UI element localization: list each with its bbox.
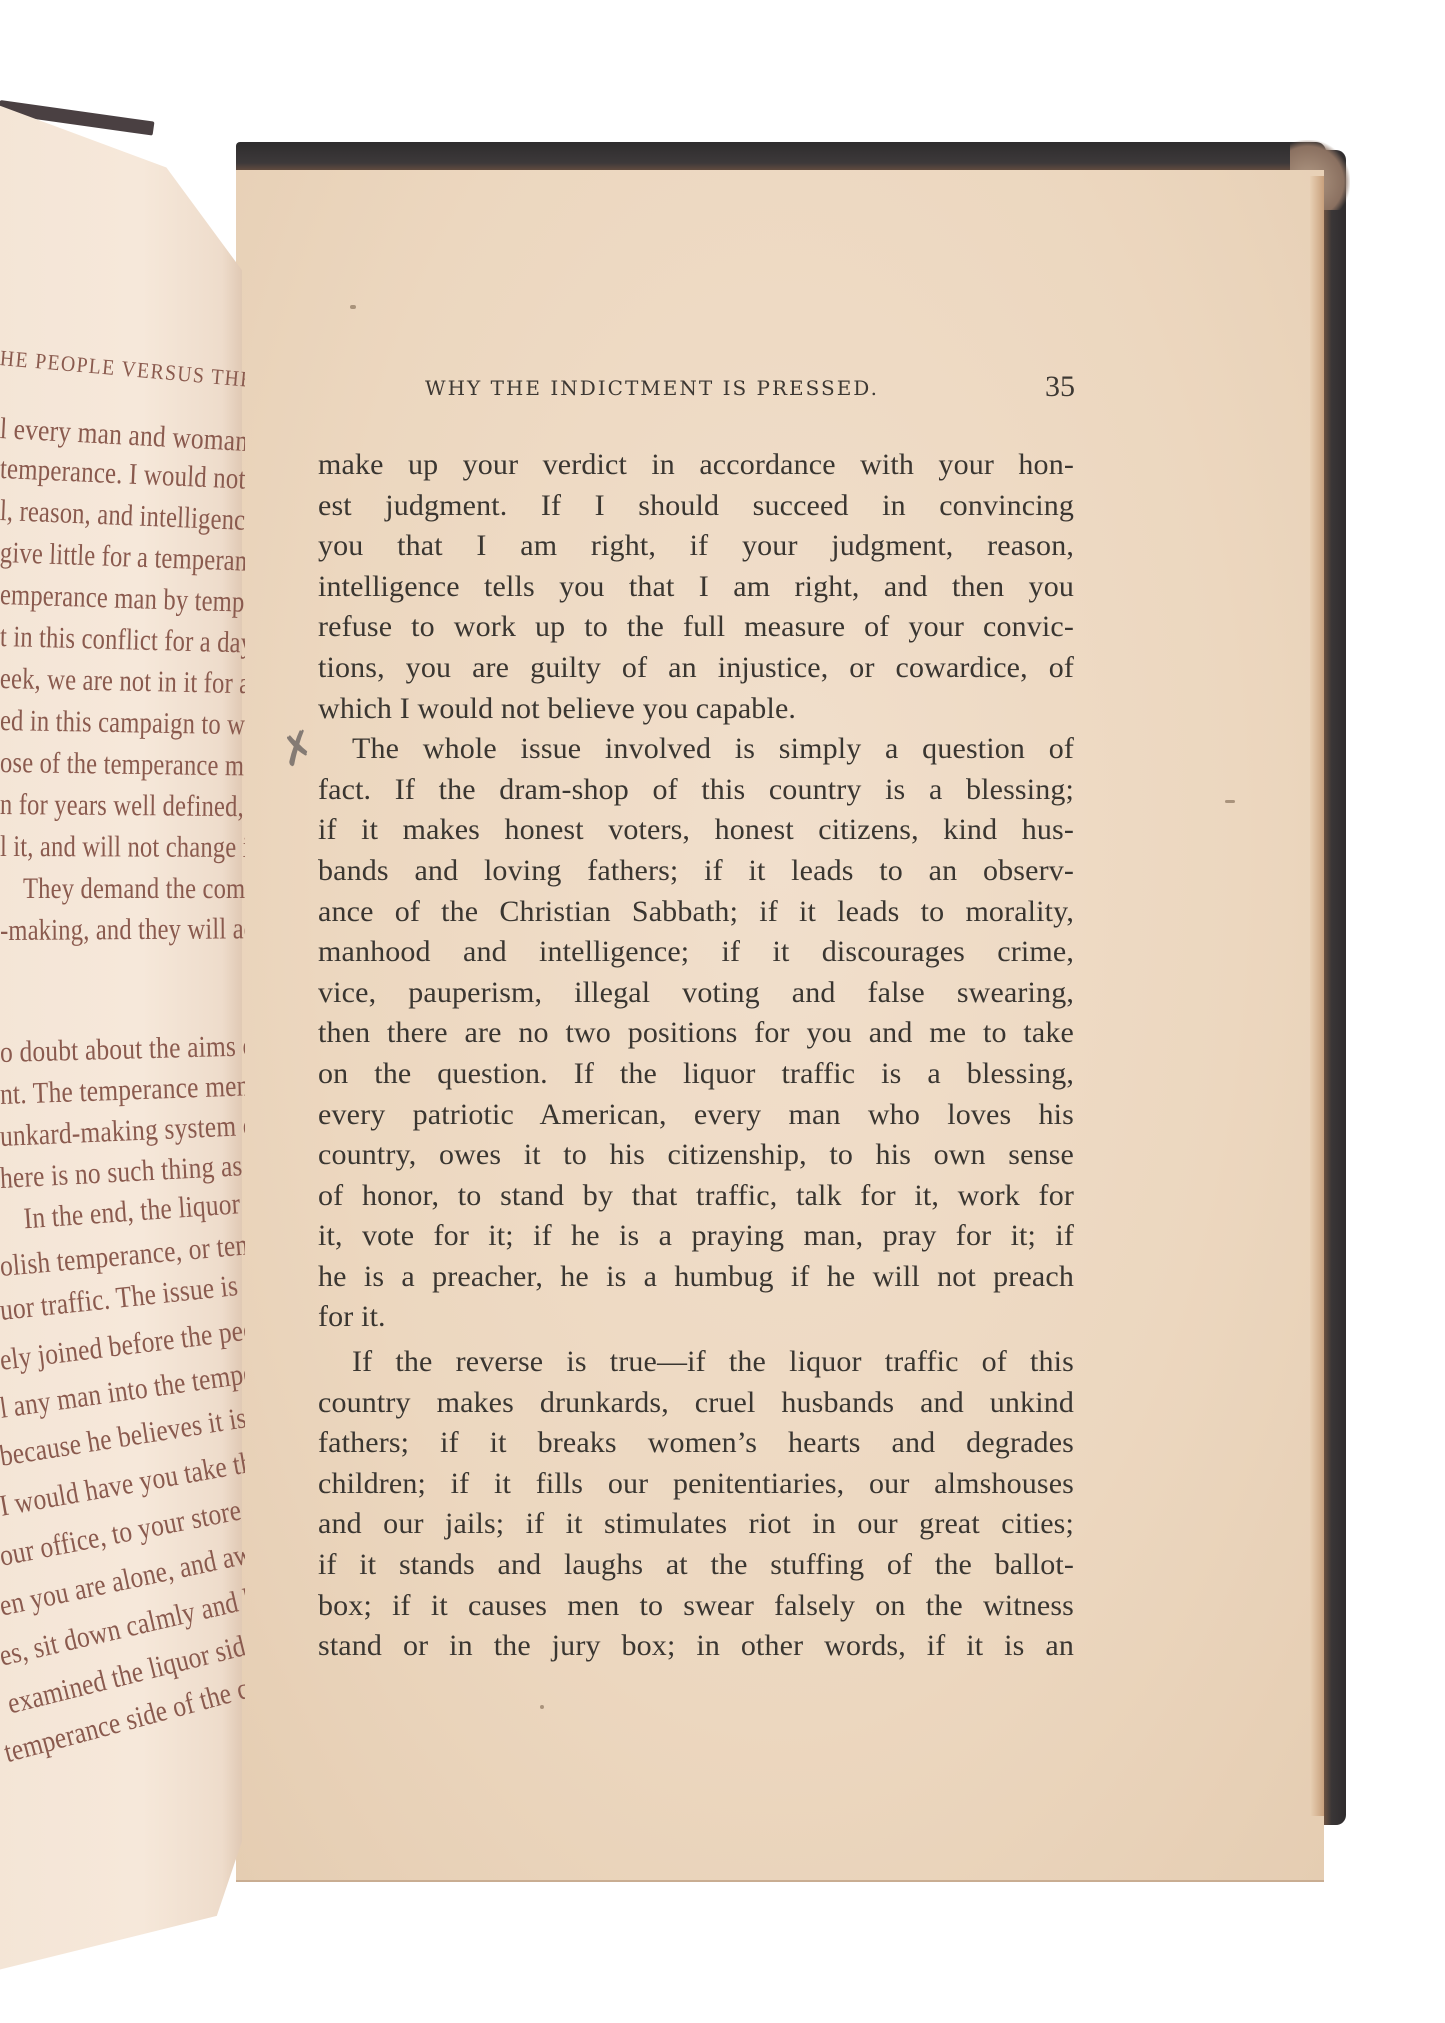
left-line: here is no such thing as compro	[0, 1145, 245, 1196]
text-line: of honor, to stand by that traffic, talk…	[318, 1176, 1074, 1217]
left-line: t in this conflict for a day, we are	[0, 620, 245, 663]
paragraph: If the reverse is true—if the liquor tra…	[318, 1342, 1074, 1667]
text-line: intelligence tells you that I am right, …	[318, 567, 1074, 608]
text-line: ance of the Christian Sabbath; if it lea…	[318, 892, 1074, 933]
text-line: refuse to work up to the full measure of…	[318, 607, 1074, 648]
text-line: if it stands and laughs at the stuffing …	[318, 1545, 1074, 1586]
left-running-head: HE PEOPLE VERSUS THE LIQUOR TRAFF	[0, 345, 245, 407]
text-line: fathers; if it breaks women’s hearts and…	[318, 1423, 1074, 1464]
left-line: unkard-making system of America	[0, 1104, 245, 1154]
page-number: 35	[1045, 370, 1075, 404]
running-head: WHY THE INDICTMENT IS PRESSED.	[352, 376, 952, 400]
paper-speck	[1225, 800, 1235, 803]
text-line: est judgment. If I should succeed in con…	[318, 486, 1074, 527]
left-line: temperance. I would not do it, unle	[0, 452, 245, 501]
left-line: n for years well defined, and the	[0, 788, 245, 825]
text-line: manhood and intelligence; if it discoura…	[318, 932, 1074, 973]
book-cover-right-edge	[1322, 150, 1346, 1825]
text-line: if it makes honest voters, honest citize…	[318, 810, 1074, 851]
left-line: nt. The temperance men intend	[0, 1067, 245, 1112]
text-line: it, vote for it; if he is a praying man,…	[318, 1216, 1074, 1257]
text-line: he is a preacher, he is a humbug if he w…	[318, 1257, 1074, 1298]
text-line: for it.	[318, 1297, 1074, 1338]
text-line: country makes drunkards, cruel husbands …	[318, 1383, 1074, 1424]
paper-speck	[350, 305, 356, 309]
left-line: o doubt about the aims of the tem	[0, 1027, 245, 1070]
left-line: ed in this campaign to win.	[0, 704, 245, 743]
text-line: box; if it causes men to swear falsely o…	[318, 1586, 1074, 1627]
left-line: -making, and they will accept no	[0, 912, 245, 948]
paragraph: The whole issue involved is simply a que…	[318, 729, 1074, 1338]
left-line: ose of the temperance men of this	[0, 746, 245, 785]
text-line: and our jails; if it stimulates riot in …	[318, 1504, 1074, 1545]
left-line: l, reason, and intelligence told you	[0, 494, 245, 542]
left-line: give little for a temperance man w	[0, 536, 245, 582]
left-line: l it, and will not change it until t	[0, 830, 245, 865]
text-line: which I would not believe you capable.	[318, 689, 1074, 730]
left-page-text: HE PEOPLE VERSUS THE LIQUOR TRAFF l ever…	[0, 0, 245, 2023]
paper-speck	[540, 1705, 544, 1709]
text-line: country, owes it to his citizenship, to …	[318, 1135, 1074, 1176]
text-line: on the question. If the liquor traffic i…	[318, 1054, 1074, 1095]
paragraph: make up your verdict in accordance with …	[318, 445, 1074, 729]
text-line: fact. If the dram-shop of this country i…	[318, 770, 1074, 811]
text-line: vice, pauperism, illegal voting and fals…	[318, 973, 1074, 1014]
text-line: stand or in the jury box; in other words…	[318, 1626, 1074, 1667]
text-line: The whole issue involved is simply a que…	[318, 729, 1074, 770]
text-line: you that I am right, if your judgment, r…	[318, 526, 1074, 567]
book-cover-top-edge	[236, 142, 1326, 172]
text-line: children; if it fills our penitentiaries…	[318, 1464, 1074, 1505]
left-line: emperance man by temporary exci	[0, 578, 245, 623]
text-line: make up your verdict in accordance with …	[318, 445, 1074, 486]
left-line: eek, we are not in it for a year	[0, 662, 245, 702]
text-line: every patriotic American, every man who …	[318, 1095, 1074, 1136]
body-text: make up your verdict in accordance with …	[318, 445, 1074, 1667]
right-page-edge	[1310, 176, 1324, 1816]
text-line: then there are no two positions for you …	[318, 1013, 1074, 1054]
text-line: tions, you are guilty of an injustice, o…	[318, 648, 1074, 689]
text-line: bands and loving fathers; if it leads to…	[318, 851, 1074, 892]
left-line: They demand the complete ou	[0, 872, 245, 906]
text-line: If the reverse is true—if the liquor tra…	[318, 1342, 1074, 1383]
